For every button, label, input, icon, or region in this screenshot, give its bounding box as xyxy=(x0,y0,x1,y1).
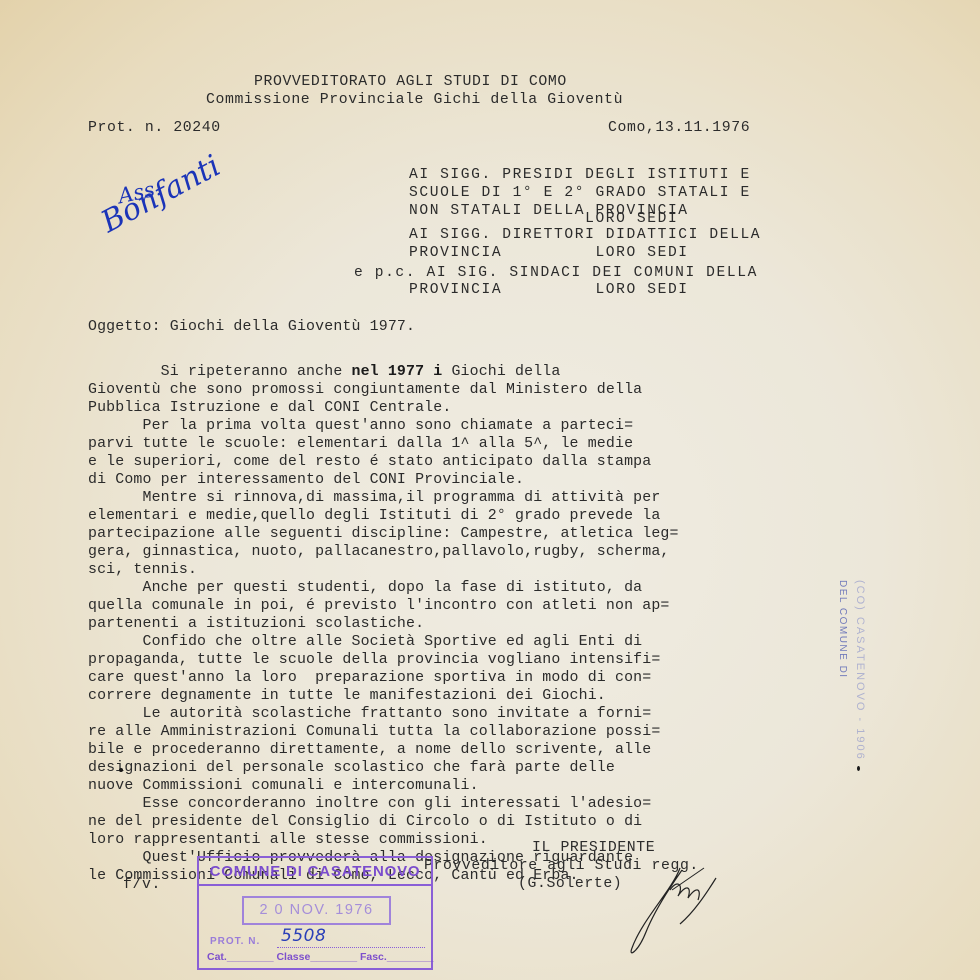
body-line: bile e procederanno direttamente, a nome… xyxy=(88,743,651,758)
body-line: Mentre si rinnova,di massima,il programm… xyxy=(88,491,660,506)
footer-mark: f/v. xyxy=(123,878,161,893)
letter-page: PROVVEDITORATO AGLI STUDI DI COMO Commis… xyxy=(0,0,980,980)
stamp-received-date: 2 0 NOV. 1976 xyxy=(242,896,391,925)
stamp-classification: Cat.________ Classe________ Fasc._______… xyxy=(207,951,425,963)
body-line: correre degnamente in tutte le manifesta… xyxy=(88,689,606,704)
body-line: gera, ginnastica, nuoto, pallacanestro,p… xyxy=(88,545,670,560)
ink-dot xyxy=(119,768,123,772)
handwritten-note-name: Bonfanti xyxy=(96,148,227,240)
stamp-municipality: COMUNE DI CASATENOVO xyxy=(199,858,431,886)
body-line: loro rappresentanti alle stesse commissi… xyxy=(88,833,488,848)
body-line: Confido che oltre alle Società Sportive … xyxy=(88,635,642,650)
protocol-number: Prot. n. 20240 xyxy=(88,121,221,136)
place-date: Como,13.11.1976 xyxy=(608,121,750,136)
body-line: partecipazione alle seguenti discipline:… xyxy=(88,527,679,542)
body-line: care quest'anno la loro preparazione spo… xyxy=(88,671,651,686)
body-line: di Como per interessamento del CONI Prov… xyxy=(88,473,524,488)
recipient-line: SCUOLE DI 1° E 2° GRADO STATALI E xyxy=(409,186,751,201)
body-text-bold: nel 1977 i xyxy=(352,364,443,380)
recipient-line: AI SIGG. DIRETTORI DIDATTICI DELLA xyxy=(409,228,761,243)
recipient-line: AI SIGG. PRESIDI DEGLI ISTITUTI E xyxy=(409,168,751,183)
stamp-protocol-number: 5508 xyxy=(281,926,326,946)
body-line: parvi tutte le scuole: elementari dalla … xyxy=(88,437,633,452)
body-line: propaganda, tutte le scuole della provin… xyxy=(88,653,660,668)
letterhead-commission: Commissione Provinciale Gichi della Giov… xyxy=(206,93,623,108)
recipient-line: PROVINCIA LORO SEDI xyxy=(409,283,689,298)
ink-dot xyxy=(857,766,860,771)
body-line: Esse concorderanno inoltre con gli inter… xyxy=(88,797,651,812)
municipal-received-stamp: COMUNE DI CASATENOVO 2 0 NOV. 1976 PROT.… xyxy=(197,856,433,970)
body-text: Si ripeteranno anche xyxy=(88,364,352,380)
body-line: Si ripeteranno anche nel 1977 i Giochi d… xyxy=(88,365,560,380)
body-line: designazioni del personale scolastico ch… xyxy=(88,761,615,776)
body-line: Le autorità scolastiche frattanto sono i… xyxy=(88,707,651,722)
signature-name: (G.Solerte) xyxy=(518,877,622,892)
body-line: re alle Amministrazioni Comunali tutta l… xyxy=(88,725,660,740)
signature-title: IL PRESIDENTE xyxy=(532,841,655,856)
body-line: nuove Commissioni comunali e intercomuna… xyxy=(88,779,479,794)
body-line: ne del presidente del Consiglio di Circo… xyxy=(88,815,642,830)
body-line: partenenti a istituzioni scolastiche. xyxy=(88,617,424,632)
recipient-line: LORO SEDI xyxy=(409,212,678,227)
body-line: Pubblica Istruzione e dal CONI Centrale. xyxy=(88,401,451,416)
subject-line: Oggetto: Giochi della Gioventù 1977. xyxy=(88,320,415,335)
body-line: sci, tennis. xyxy=(88,563,197,578)
body-line: e le superiori, come del resto é stato a… xyxy=(88,455,651,470)
body-line: Per la prima volta quest'anno sono chiam… xyxy=(88,419,633,434)
stamp-protocol-line xyxy=(277,947,425,948)
recipient-line: PROVINCIA LORO SEDI xyxy=(409,246,689,261)
side-stamp-inner: DEL COMUNE DI xyxy=(837,580,848,679)
recipient-line: e p.c. AI SIG. SINDACI DEI COMUNI DELLA xyxy=(354,266,758,281)
stamp-protocol-label: PROT. N. xyxy=(210,936,260,947)
body-line: Gioventù che sono promossi congiuntament… xyxy=(88,383,642,398)
body-line: elementari e medie,quello degli Istituti… xyxy=(88,509,660,524)
letterhead-office: PROVVEDITORATO AGLI STUDI DI COMO xyxy=(254,75,567,90)
body-line: quella comunale in poi, é previsto l'inc… xyxy=(88,599,670,614)
handwritten-signature xyxy=(612,860,732,960)
body-line: Anche per questi studenti, dopo la fase … xyxy=(88,581,642,596)
body-text: Giochi della xyxy=(442,364,560,380)
side-stamp-outer: (CO) CASATENOVO - 1906 xyxy=(854,580,866,761)
